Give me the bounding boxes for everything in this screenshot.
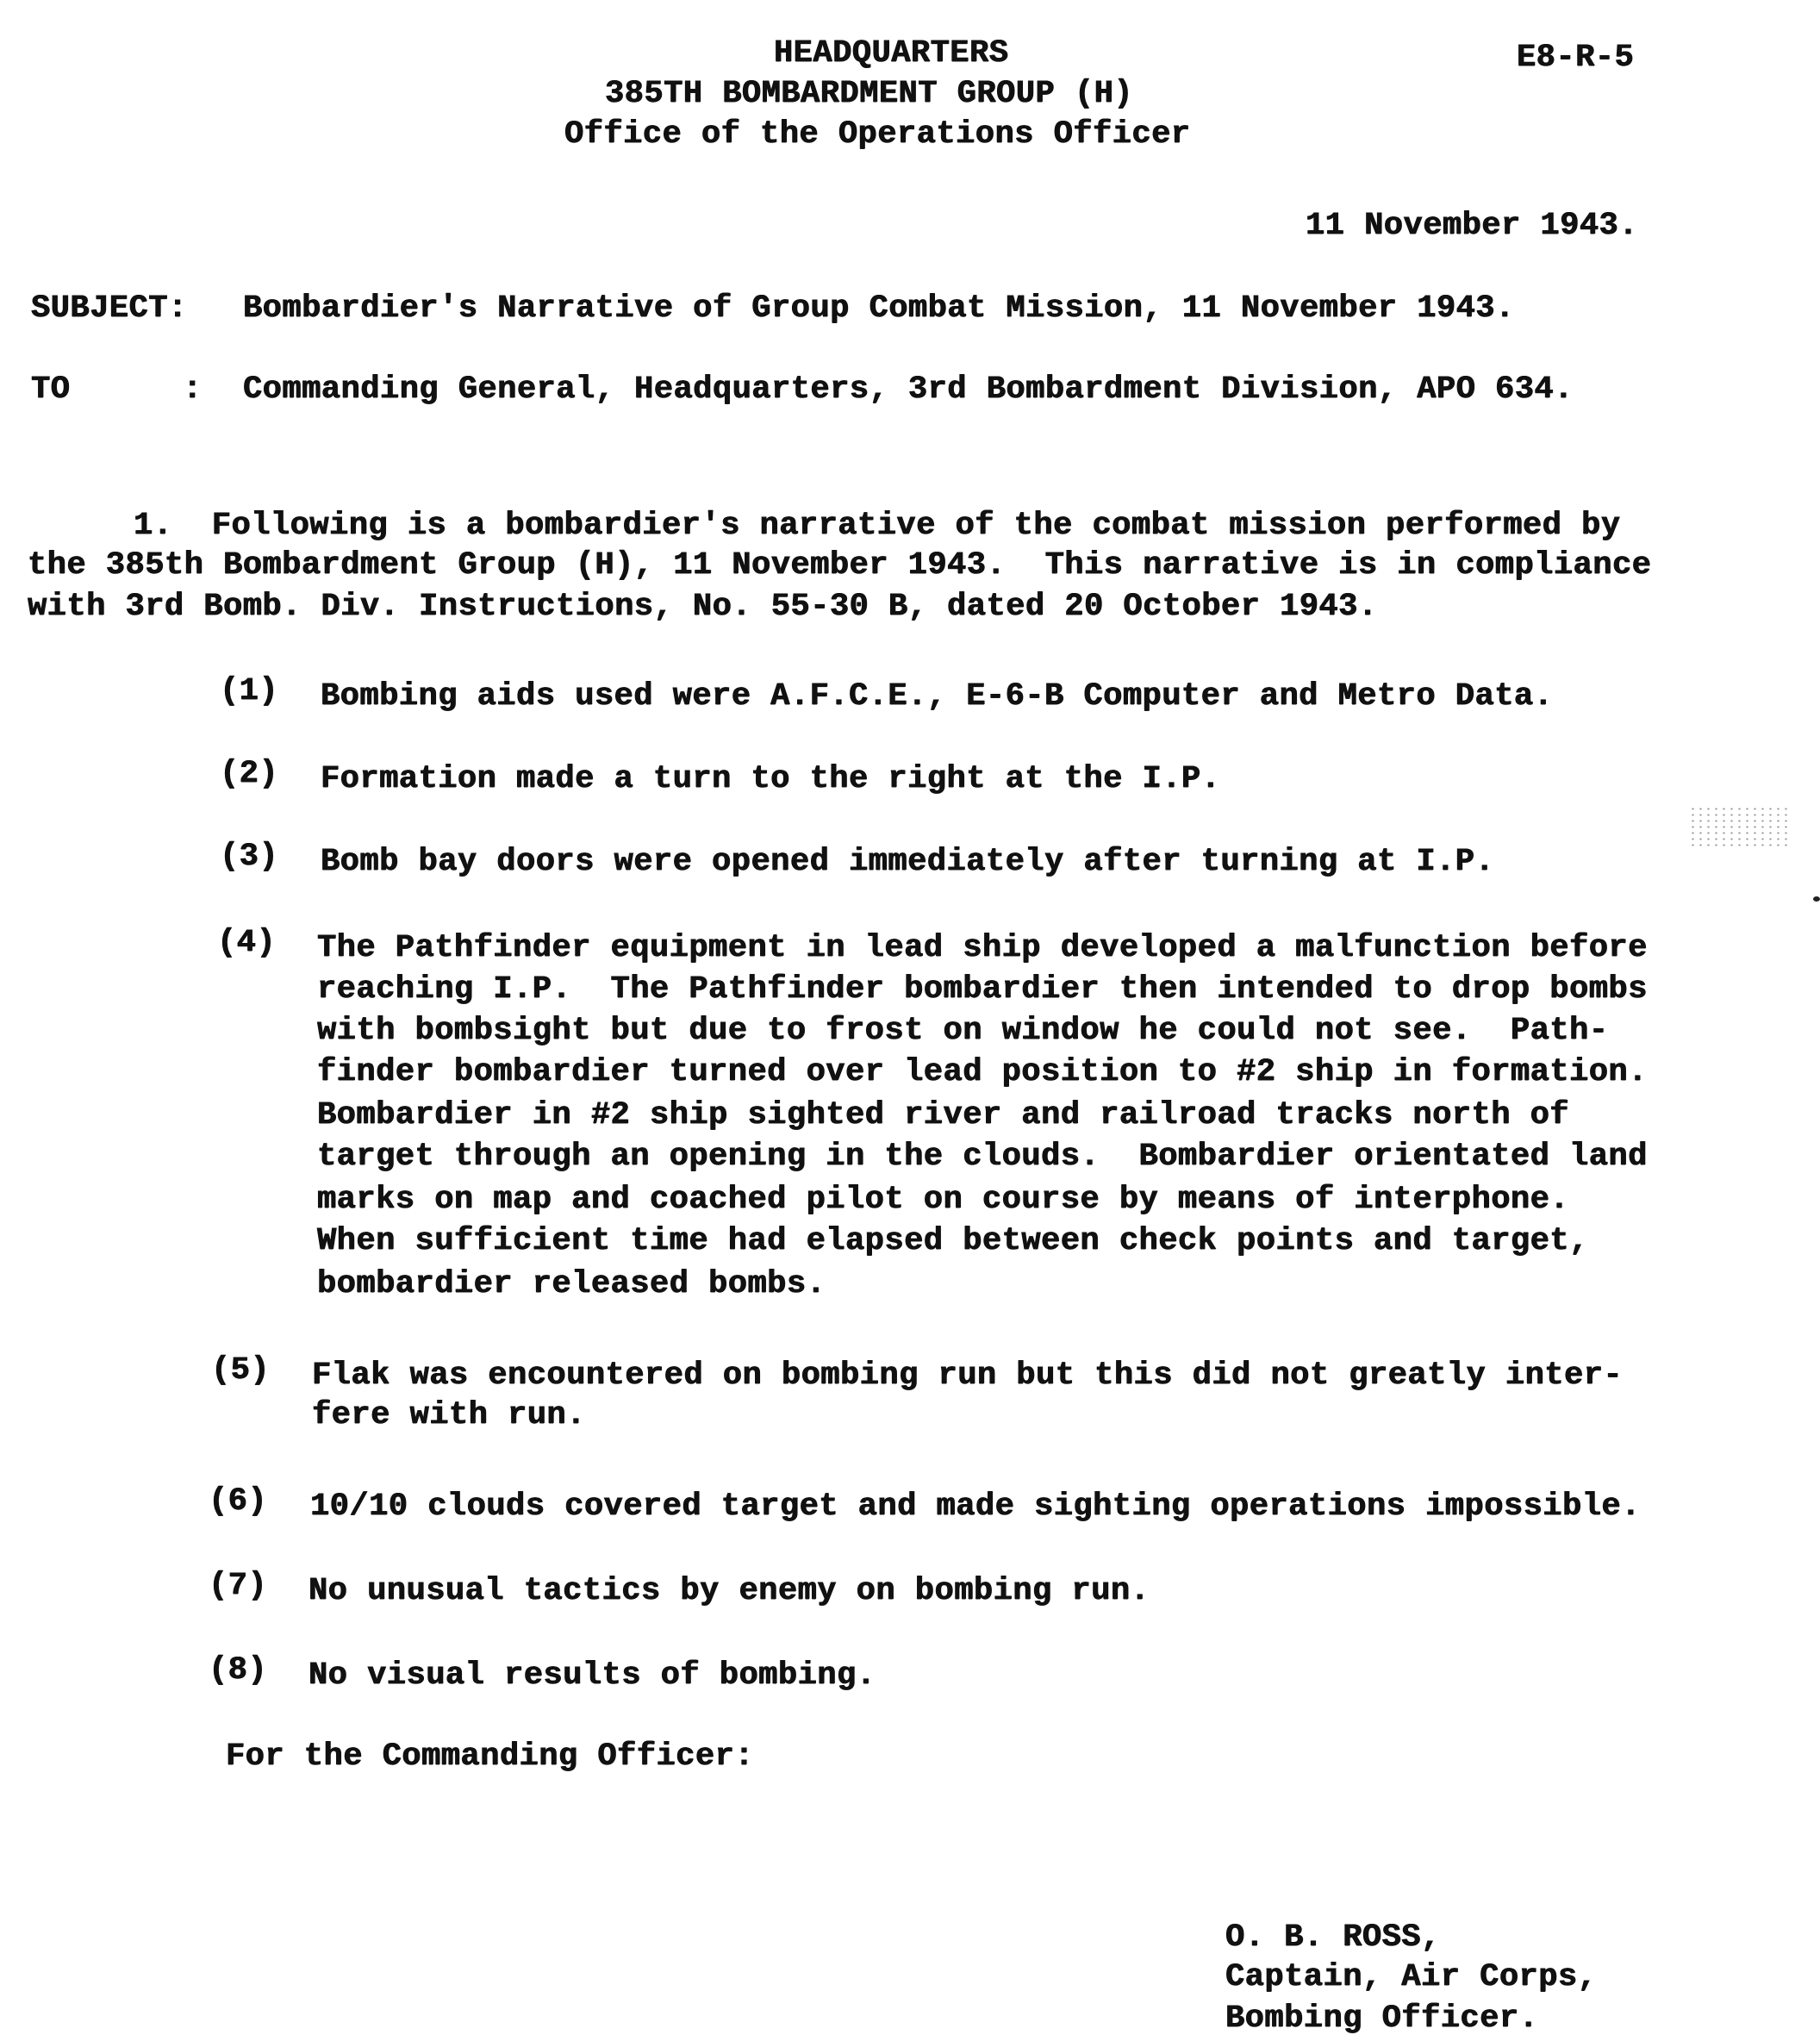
item-3-number: (3) [220,838,278,876]
document-date: 11 November 1943. [1306,207,1638,245]
header-headquarters: HEADQUARTERS [774,34,1008,72]
item-4-line-1: The Pathfinder equipment in lead ship de… [317,929,1648,967]
to-text: Commanding General, Headquarters, 3rd Bo… [243,371,1574,409]
item-6-text: 10/10 clouds covered target and made sig… [310,1488,1641,1526]
scan-speck [1813,896,1820,902]
item-3-text: Bomb bay doors were opened immediately a… [321,843,1494,881]
item-5-number: (5) [211,1351,270,1389]
item-4-line-8: When sufficient time had elapsed between… [317,1222,1589,1260]
closing-line: For the Commanding Officer: [226,1738,754,1776]
item-1-number: (1) [220,672,278,710]
item-4-line-4: finder bombardier turned over lead posit… [317,1053,1648,1091]
item-1-text: Bombing aids used were A.F.C.E., E-6-B C… [321,677,1553,715]
signature-rank: Captain, Air Corps, [1225,1958,1597,1996]
item-4-line-3: with bombsight but due to frost on windo… [317,1012,1608,1050]
item-5-line-2: fere with run. [312,1396,586,1434]
file-reference: E8-R-5 [1517,39,1634,77]
scan-smudge [1689,806,1792,849]
subject-text: Bombardier's Narrative of Group Combat M… [243,290,1515,328]
paragraph-1-line-3: with 3rd Bomb. Div. Instructions, No. 55… [28,588,1378,626]
to-colon: : [183,371,203,409]
subject-label: SUBJECT: [31,290,188,328]
item-6-number: (6) [209,1482,267,1520]
to-label: TO [31,371,70,409]
item-8-text: No visual results of bombing. [309,1657,876,1695]
header-group-name: 385TH BOMBARDMENT GROUP (H) [605,75,1133,113]
item-4-line-2: reaching I.P. The Pathfinder bombardier … [317,971,1648,1008]
paragraph-1-line-2: the 385th Bombardment Group (H), 11 Nove… [28,546,1651,584]
item-4-line-6: target through an opening in the clouds.… [317,1138,1648,1176]
item-4-line-7: marks on map and coached pilot on course… [317,1181,1569,1219]
item-7-text: No unusual tactics by enemy on bombing r… [309,1572,1150,1610]
item-4-number: (4) [217,924,276,962]
item-7-number: (7) [209,1567,267,1605]
header-office: Office of the Operations Officer [564,115,1191,153]
item-4-line-5: Bombardier in #2 ship sighted river and … [317,1096,1569,1134]
signature-name: O. B. ROSS, [1225,1919,1441,1957]
item-2-number: (2) [220,755,278,793]
item-4-line-9: bombardier released bombs. [317,1265,826,1303]
item-2-text: Formation made a turn to the right at th… [321,760,1220,798]
paragraph-1-line-1: 1. Following is a bombardier's narrative… [134,507,1620,545]
item-5-line-1: Flak was encountered on bombing run but … [312,1357,1623,1395]
item-8-number: (8) [209,1651,267,1689]
signature-title: Bombing Officer. [1225,2000,1538,2038]
